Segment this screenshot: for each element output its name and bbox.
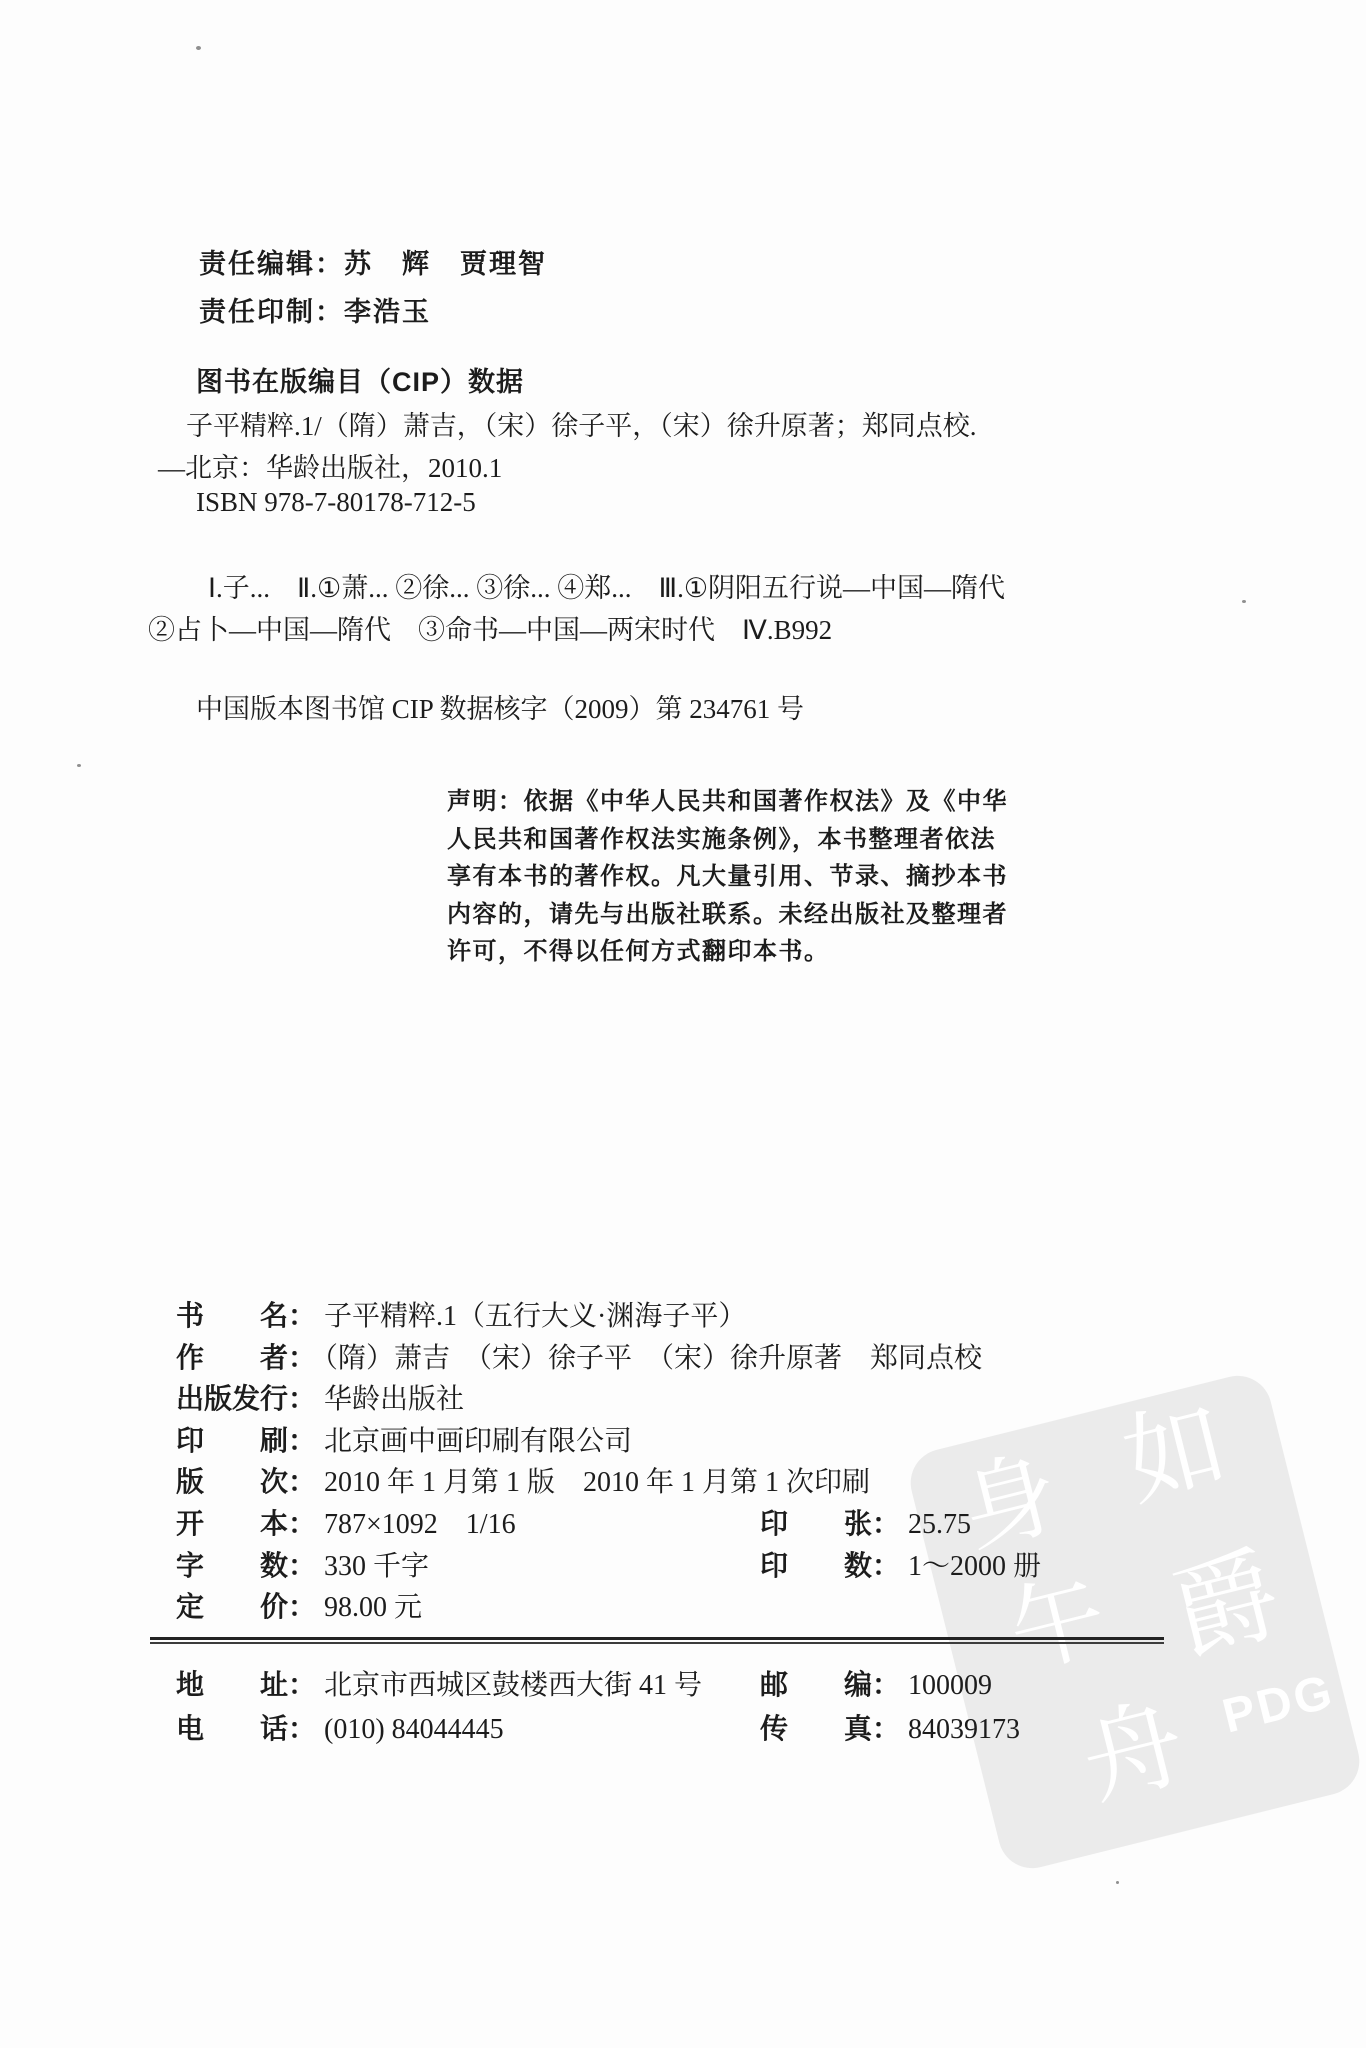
staff-block: 责任编辑：苏 辉 贾理智 责任印制：李浩玉 (199, 240, 547, 336)
cip-classification-line-2: ②占卜—中国—隋代 ③命书—中国—两宋时代 Ⅳ.B992 (148, 608, 832, 647)
responsible-editor-label: 责任编辑： (199, 249, 344, 279)
scan-speck (1242, 600, 1246, 603)
cip-title-line: 子平精粹.1/（隋）萧吉，（宋）徐子平，（宋）徐升原著；郑同点校. (186, 404, 977, 443)
colophon-row-printer: 印 刷：北京画中画印刷有限公司 (176, 1419, 1316, 1461)
colophon-label: 字 数： (176, 1550, 316, 1581)
responsible-printer-line: 责任印制：李浩玉 (199, 288, 547, 336)
contact-value: 100009 (908, 1670, 992, 1701)
colophon-value: （隋）萧吉 （宋）徐子平 （宋）徐升原著 郑同点校 (324, 1343, 982, 1374)
scan-speck (77, 764, 81, 767)
contact-label: 电 话： (176, 1713, 316, 1744)
colophon-row-author: 作 者：（隋）萧吉 （宋）徐子平 （宋）徐升原著 郑同点校 (176, 1336, 1316, 1378)
contact-label: 邮 编： (760, 1669, 900, 1700)
colophon-row-edition: 版 次：2010 年 1 月第 1 版 2010 年 1 月第 1 次印刷 (176, 1460, 1316, 1502)
copyright-statement: 声明：依据《中华人民共和国著作权法》及《中华 人民共和国著作权法实施条例》，本书… (447, 783, 1007, 971)
scan-speck (196, 46, 201, 50)
statement-line: 内容的，请先与出版社联系。未经出版社及整理者 (447, 896, 1007, 934)
colophon-pair-sheets: 印 张：25.75 (760, 1502, 971, 1542)
isbn-line: ISBN 978-7-80178-712-5 (196, 487, 476, 518)
contact-label: 传 真： (760, 1713, 900, 1744)
contact-pair-postcode: 邮 编：100009 (760, 1663, 992, 1703)
statement-line: 声明：依据《中华人民共和国著作权法》及《中华 (447, 783, 1007, 821)
responsible-editor-line: 责任编辑：苏 辉 贾理智 (199, 240, 547, 288)
divider-rule (150, 1637, 1164, 1644)
colophon-row-price: 定 价：98.00 元 (176, 1585, 1316, 1627)
colophon-table: 书 名：子平精粹.1（五行大义·渊海子平） 作 者：（隋）萧吉 （宋）徐子平 （… (176, 1294, 1316, 1627)
colophon-value: 98.00 元 (324, 1592, 422, 1623)
contact-value: 84039173 (908, 1714, 1020, 1745)
colophon-label: 作 者： (176, 1342, 316, 1373)
colophon-value: 2010 年 1 月第 1 版 2010 年 1 月第 1 次印刷 (324, 1467, 870, 1498)
colophon-label: 印 刷： (176, 1425, 316, 1456)
colophon-value: 787×1092 1/16 (324, 1509, 516, 1540)
statement-line: 人民共和国著作权法实施条例》，本书整理者依法 (447, 821, 1007, 859)
colophon-label: 书 名： (176, 1300, 316, 1331)
cip-record-line: 中国版本图书馆 CIP 数据核字（2009）第 234761 号 (196, 687, 804, 726)
colophon-label: 印 数： (760, 1550, 900, 1581)
responsible-printer-label: 责任印制： (199, 297, 344, 327)
colophon-label: 开 本： (176, 1508, 316, 1539)
cip-publisher-line: —北京：华龄出版社，2010.1 (158, 446, 502, 485)
colophon-value: 子平精粹.1（五行大义·渊海子平） (324, 1301, 746, 1332)
colophon-value: 330 千字 (324, 1551, 429, 1582)
colophon-pair-printrun: 印 数：1～2000 册 (760, 1544, 1041, 1584)
cip-heading: 图书在版编目（CIP）数据 (196, 360, 524, 399)
contact-row-address: 地 址：北京市西城区鼓楼西大街 41 号 邮 编：100009 (176, 1663, 1316, 1707)
colophon-row-publisher: 出版发行：华龄出版社 (176, 1377, 1316, 1419)
colophon-label: 定 价： (176, 1591, 316, 1622)
statement-line: 享有本书的著作权。凡大量引用、节录、摘抄本书 (447, 858, 1007, 896)
colophon-row-wordcount: 字 数：330 千字 印 数：1～2000 册 (176, 1544, 1316, 1586)
scan-speck (1116, 1881, 1119, 1884)
colophon-value: 北京画中画印刷有限公司 (324, 1426, 632, 1457)
colophon-value: 华龄出版社 (324, 1384, 464, 1415)
responsible-editor-names: 苏 辉 贾理智 (344, 249, 547, 279)
contact-value: (010) 84044445 (324, 1714, 504, 1745)
colophon-label: 印 张： (760, 1508, 900, 1539)
colophon-label: 版 次： (176, 1466, 316, 1497)
colophon-row-title: 书 名：子平精粹.1（五行大义·渊海子平） (176, 1294, 1316, 1336)
book-copyright-page: 身 如 午 爵 舟 PDG 责任编辑：苏 辉 贾理智 责任印制：李浩玉 图书在版… (0, 0, 1366, 2048)
responsible-printer-name: 李浩玉 (344, 297, 431, 327)
colophon-value: 25.75 (908, 1509, 971, 1540)
colophon-row-format: 开 本：787×1092 1/16 印 张：25.75 (176, 1502, 1316, 1544)
statement-line: 许可，不得以任何方式翻印本书。 (447, 933, 1007, 971)
contact-label: 地 址： (176, 1669, 316, 1700)
contact-pair-fax: 传 真：84039173 (760, 1707, 1020, 1747)
contact-value: 北京市西城区鼓楼西大街 41 号 (324, 1670, 702, 1701)
colophon-value: 1～2000 册 (908, 1551, 1041, 1582)
colophon-label: 出版发行： (176, 1383, 316, 1414)
contact-table: 地 址：北京市西城区鼓楼西大街 41 号 邮 编：100009 电 话：(010… (176, 1663, 1316, 1751)
cip-classification-line-1: Ⅰ.子... Ⅱ.①萧... ②徐... ③徐... ④郑... Ⅲ.①阴阳五行… (208, 566, 1005, 605)
contact-row-phone: 电 话：(010) 84044445 传 真：84039173 (176, 1707, 1316, 1751)
